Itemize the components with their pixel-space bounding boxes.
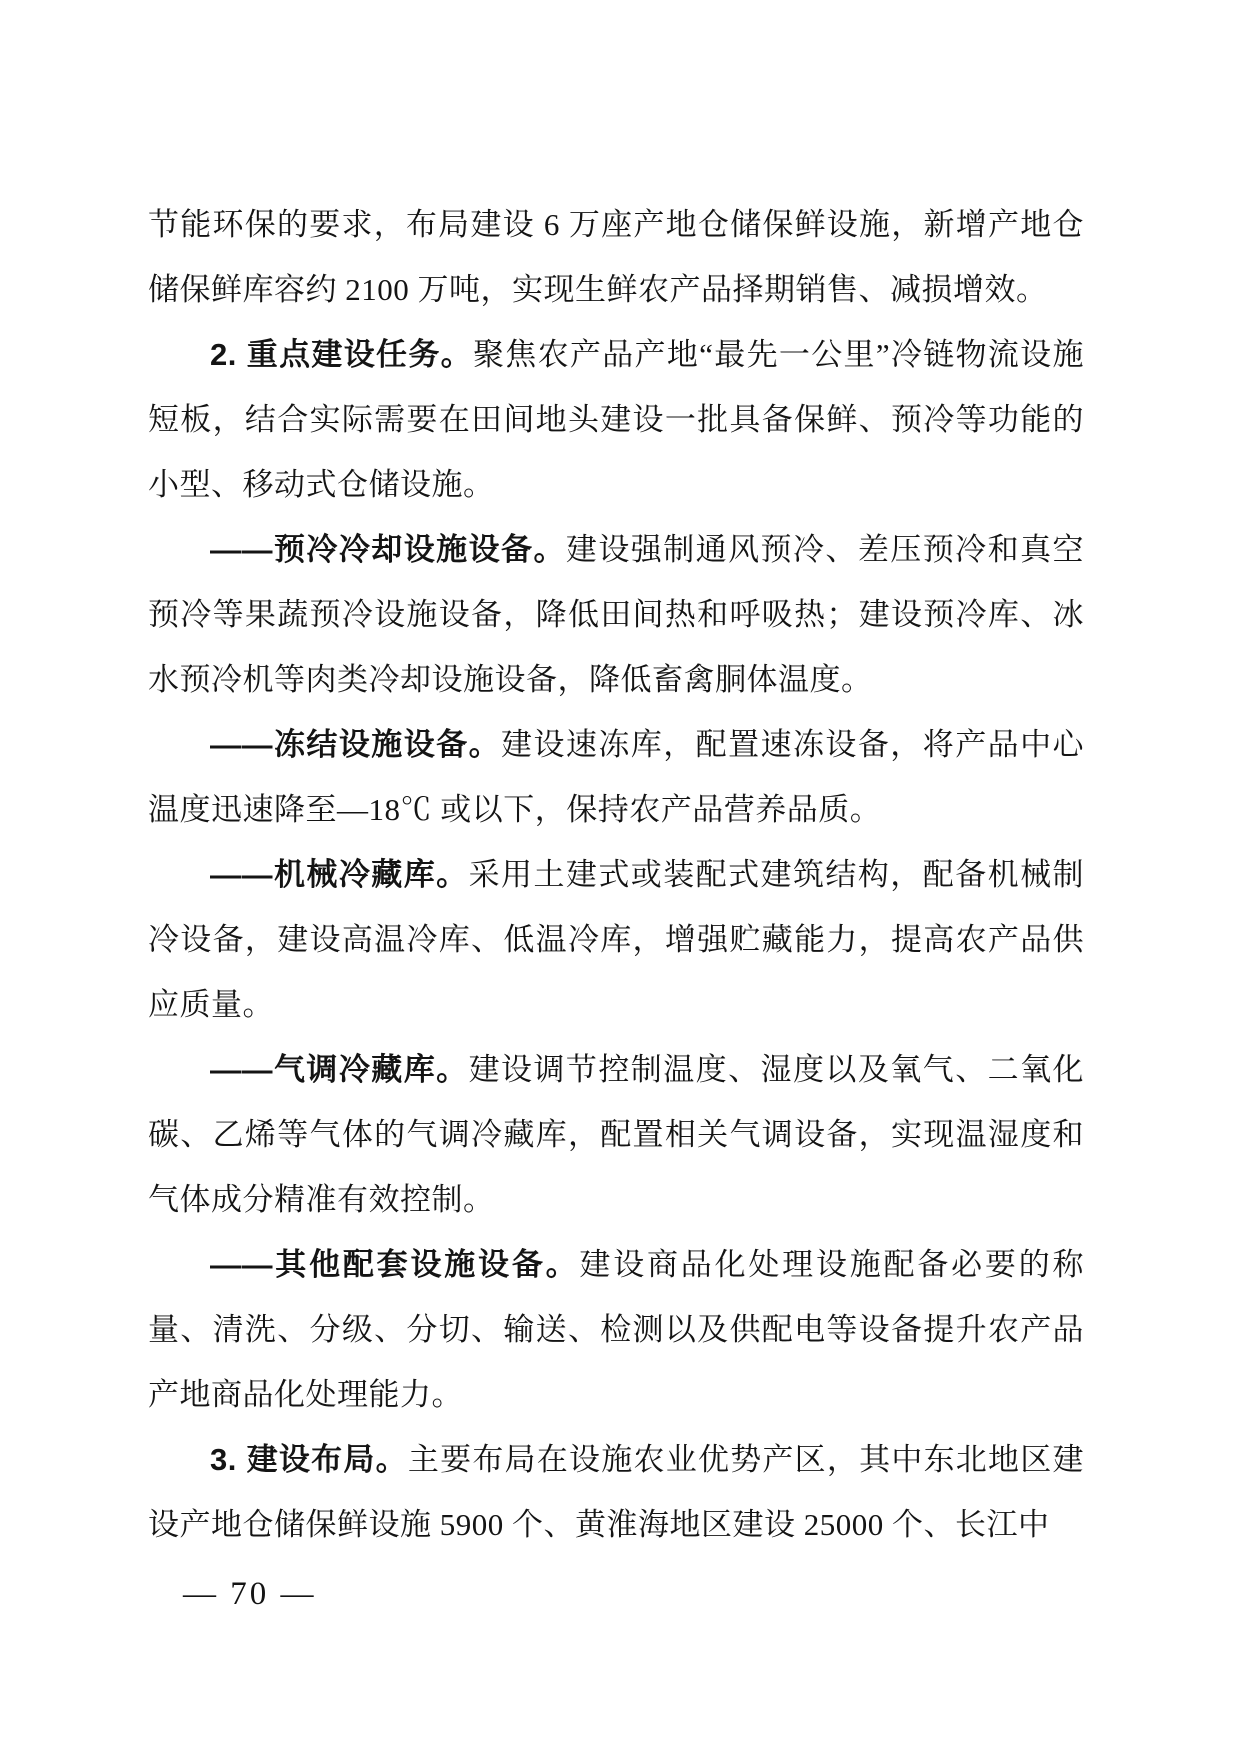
paragraph: ——机械冷藏库。采用土建式或装配式建筑结构，配备机械制冷设备，建设高温冷库、低温… — [148, 842, 1084, 1037]
paragraph: ——冻结设施设备。建设速冻库，配置速冻设备，将产品中心温度迅速降至—18℃ 或以… — [148, 712, 1084, 842]
paragraph-lead: 3. 建设布局。 — [210, 1442, 408, 1477]
paragraph-lead: ——机械冷藏库。 — [210, 857, 469, 892]
paragraph: ——预冷冷却设施设备。建设强制通风预冷、差压预冷和真空预冷等果蔬预冷设施设备，降… — [148, 517, 1084, 712]
paragraph-lead: ——预冷冷却设施设备。 — [210, 532, 566, 567]
paragraph: 2. 重点建设任务。聚焦农产品产地“最先一公里”冷链物流设施短板，结合实际需要在… — [148, 322, 1084, 517]
paragraph-lead: ——其他配套设施设备。 — [210, 1247, 579, 1282]
paragraph-lead: ——气调冷藏库。 — [210, 1052, 469, 1087]
paragraph-lead: 2. 重点建设任务。 — [210, 337, 473, 372]
page-number: — 70 — — [183, 1576, 317, 1613]
paragraph: ——其他配套设施设备。建设商品化处理设施配备必要的称量、清洗、分级、分切、输送、… — [148, 1232, 1084, 1427]
paragraph: ——气调冷藏库。建设调节控制温度、湿度以及氧气、二氧化碳、乙烯等气体的气调冷藏库… — [148, 1037, 1084, 1232]
paragraph-text: 节能环保的要求，布局建设 6 万座产地仓储保鲜设施，新增产地仓储保鲜库容约 21… — [148, 207, 1084, 307]
paragraph-lead: ——冻结设施设备。 — [210, 727, 501, 762]
document-body: 节能环保的要求，布局建设 6 万座产地仓储保鲜设施，新增产地仓储保鲜库容约 21… — [148, 192, 1084, 1557]
paragraph: 节能环保的要求，布局建设 6 万座产地仓储保鲜设施，新增产地仓储保鲜库容约 21… — [148, 192, 1084, 322]
document-page: 节能环保的要求，布局建设 6 万座产地仓储保鲜设施，新增产地仓储保鲜库容约 21… — [0, 0, 1240, 1754]
paragraph: 3. 建设布局。主要布局在设施农业优势产区，其中东北地区建设产地仓储保鲜设施 5… — [148, 1427, 1084, 1557]
